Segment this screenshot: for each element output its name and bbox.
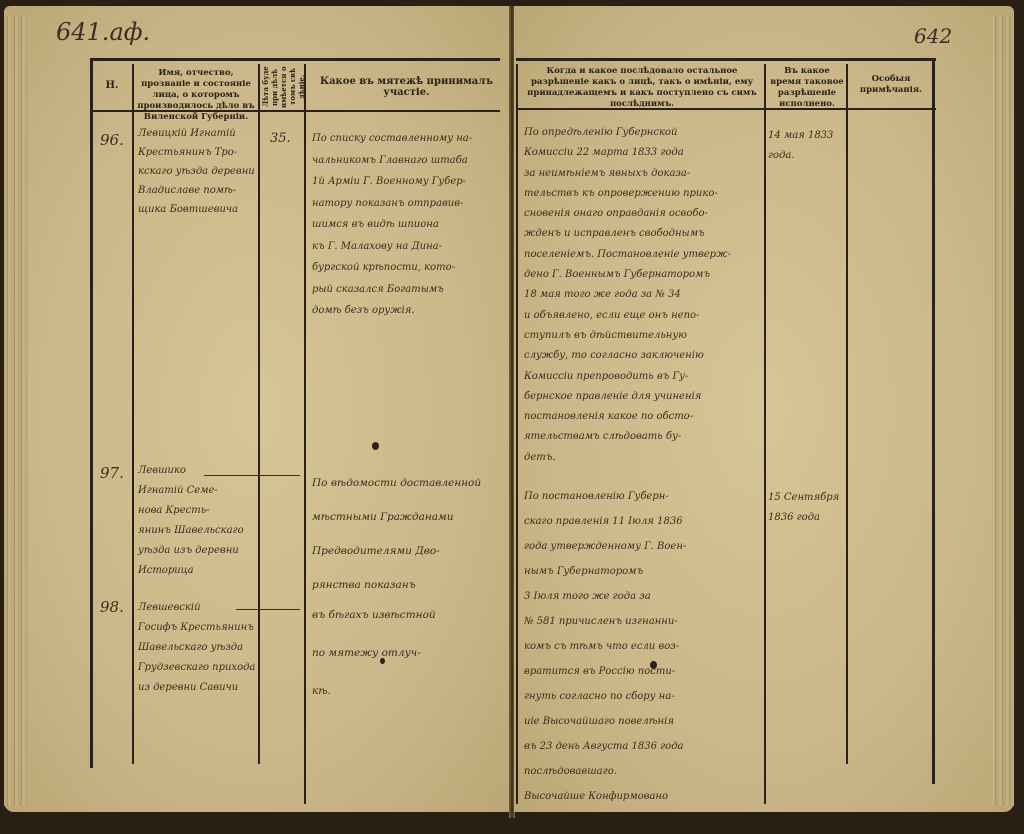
folio-number-right: 642 [914,24,952,48]
entry-executed-date: 14 мая 1833 года. [768,126,848,166]
entry-participation: По списку составленному на- чальникомъ Г… [312,128,508,322]
column-rule [90,58,93,768]
column-rule [258,64,260,764]
page-edges-right [992,16,1014,806]
folio-number-left: 641.аф. [56,18,150,46]
ink-blot [650,661,657,669]
left-page: 641.аф. Н. Имя, отчество, прозваніе и со… [4,6,510,812]
dash-separator [236,609,300,610]
column-rule [132,64,134,764]
right-page: 642 Когда и какое послѣдовало остальное … [514,6,1014,812]
header-remarks: Особыя примѣчанія. [850,74,932,96]
header-participation: Какое въ мятежѣ принималъ участіе. [309,76,504,98]
entry-age: 35. [270,131,291,146]
open-ledger-book: 641.аф. Н. Имя, отчество, прозваніе и со… [4,6,1018,824]
column-rule [516,64,518,804]
entry-name: Левшико Игнатій Семе- нова Кресть- янинъ… [138,461,258,581]
ink-blot [380,658,385,664]
entry-name: Левшевскій Госифъ Крестьянинъ Шавельскаг… [138,598,258,698]
dash-separator [204,475,300,476]
entry-participation: По вѣдомости доставленной мѣстными Гражд… [312,466,508,602]
header-name: Имя, отчество, прозваніе и состояніе лиц… [136,68,256,123]
header-executed: Въ какое время таковое разрѣшеніе исполн… [768,66,846,110]
column-rule [932,58,935,784]
entry-participation: въ бѣгахъ извѣстной по мятежу отлуч- кѣ. [312,596,508,710]
entry-name: Левицкій Игнатій Крестьянинъ Тро- кскаго… [138,124,258,219]
header-top-rule [516,58,936,61]
column-rule [304,64,306,804]
page-edges-left [4,16,28,806]
header-decision: Когда и какое послѣдовало остальное разр… [520,66,764,110]
entry-number: 98. [100,598,124,616]
entry-decision: По опредѣленію Губернской Комиссіи 22 ма… [524,123,768,468]
header-top-rule [90,58,500,61]
entry-number: 96. [100,131,124,149]
entry-executed-date: 15 Сентября 1836 года [768,488,848,528]
header-number: Н. [92,80,132,91]
entry-decision: По постановленію Губерн- скаго правленія… [524,484,768,809]
entry-number: 97. [100,464,124,482]
ink-blot [372,442,379,450]
header-age: Лѣта буде при дѣлѣ имѣется о томъ свѣ дѣ… [261,64,301,110]
column-rule [846,64,848,764]
